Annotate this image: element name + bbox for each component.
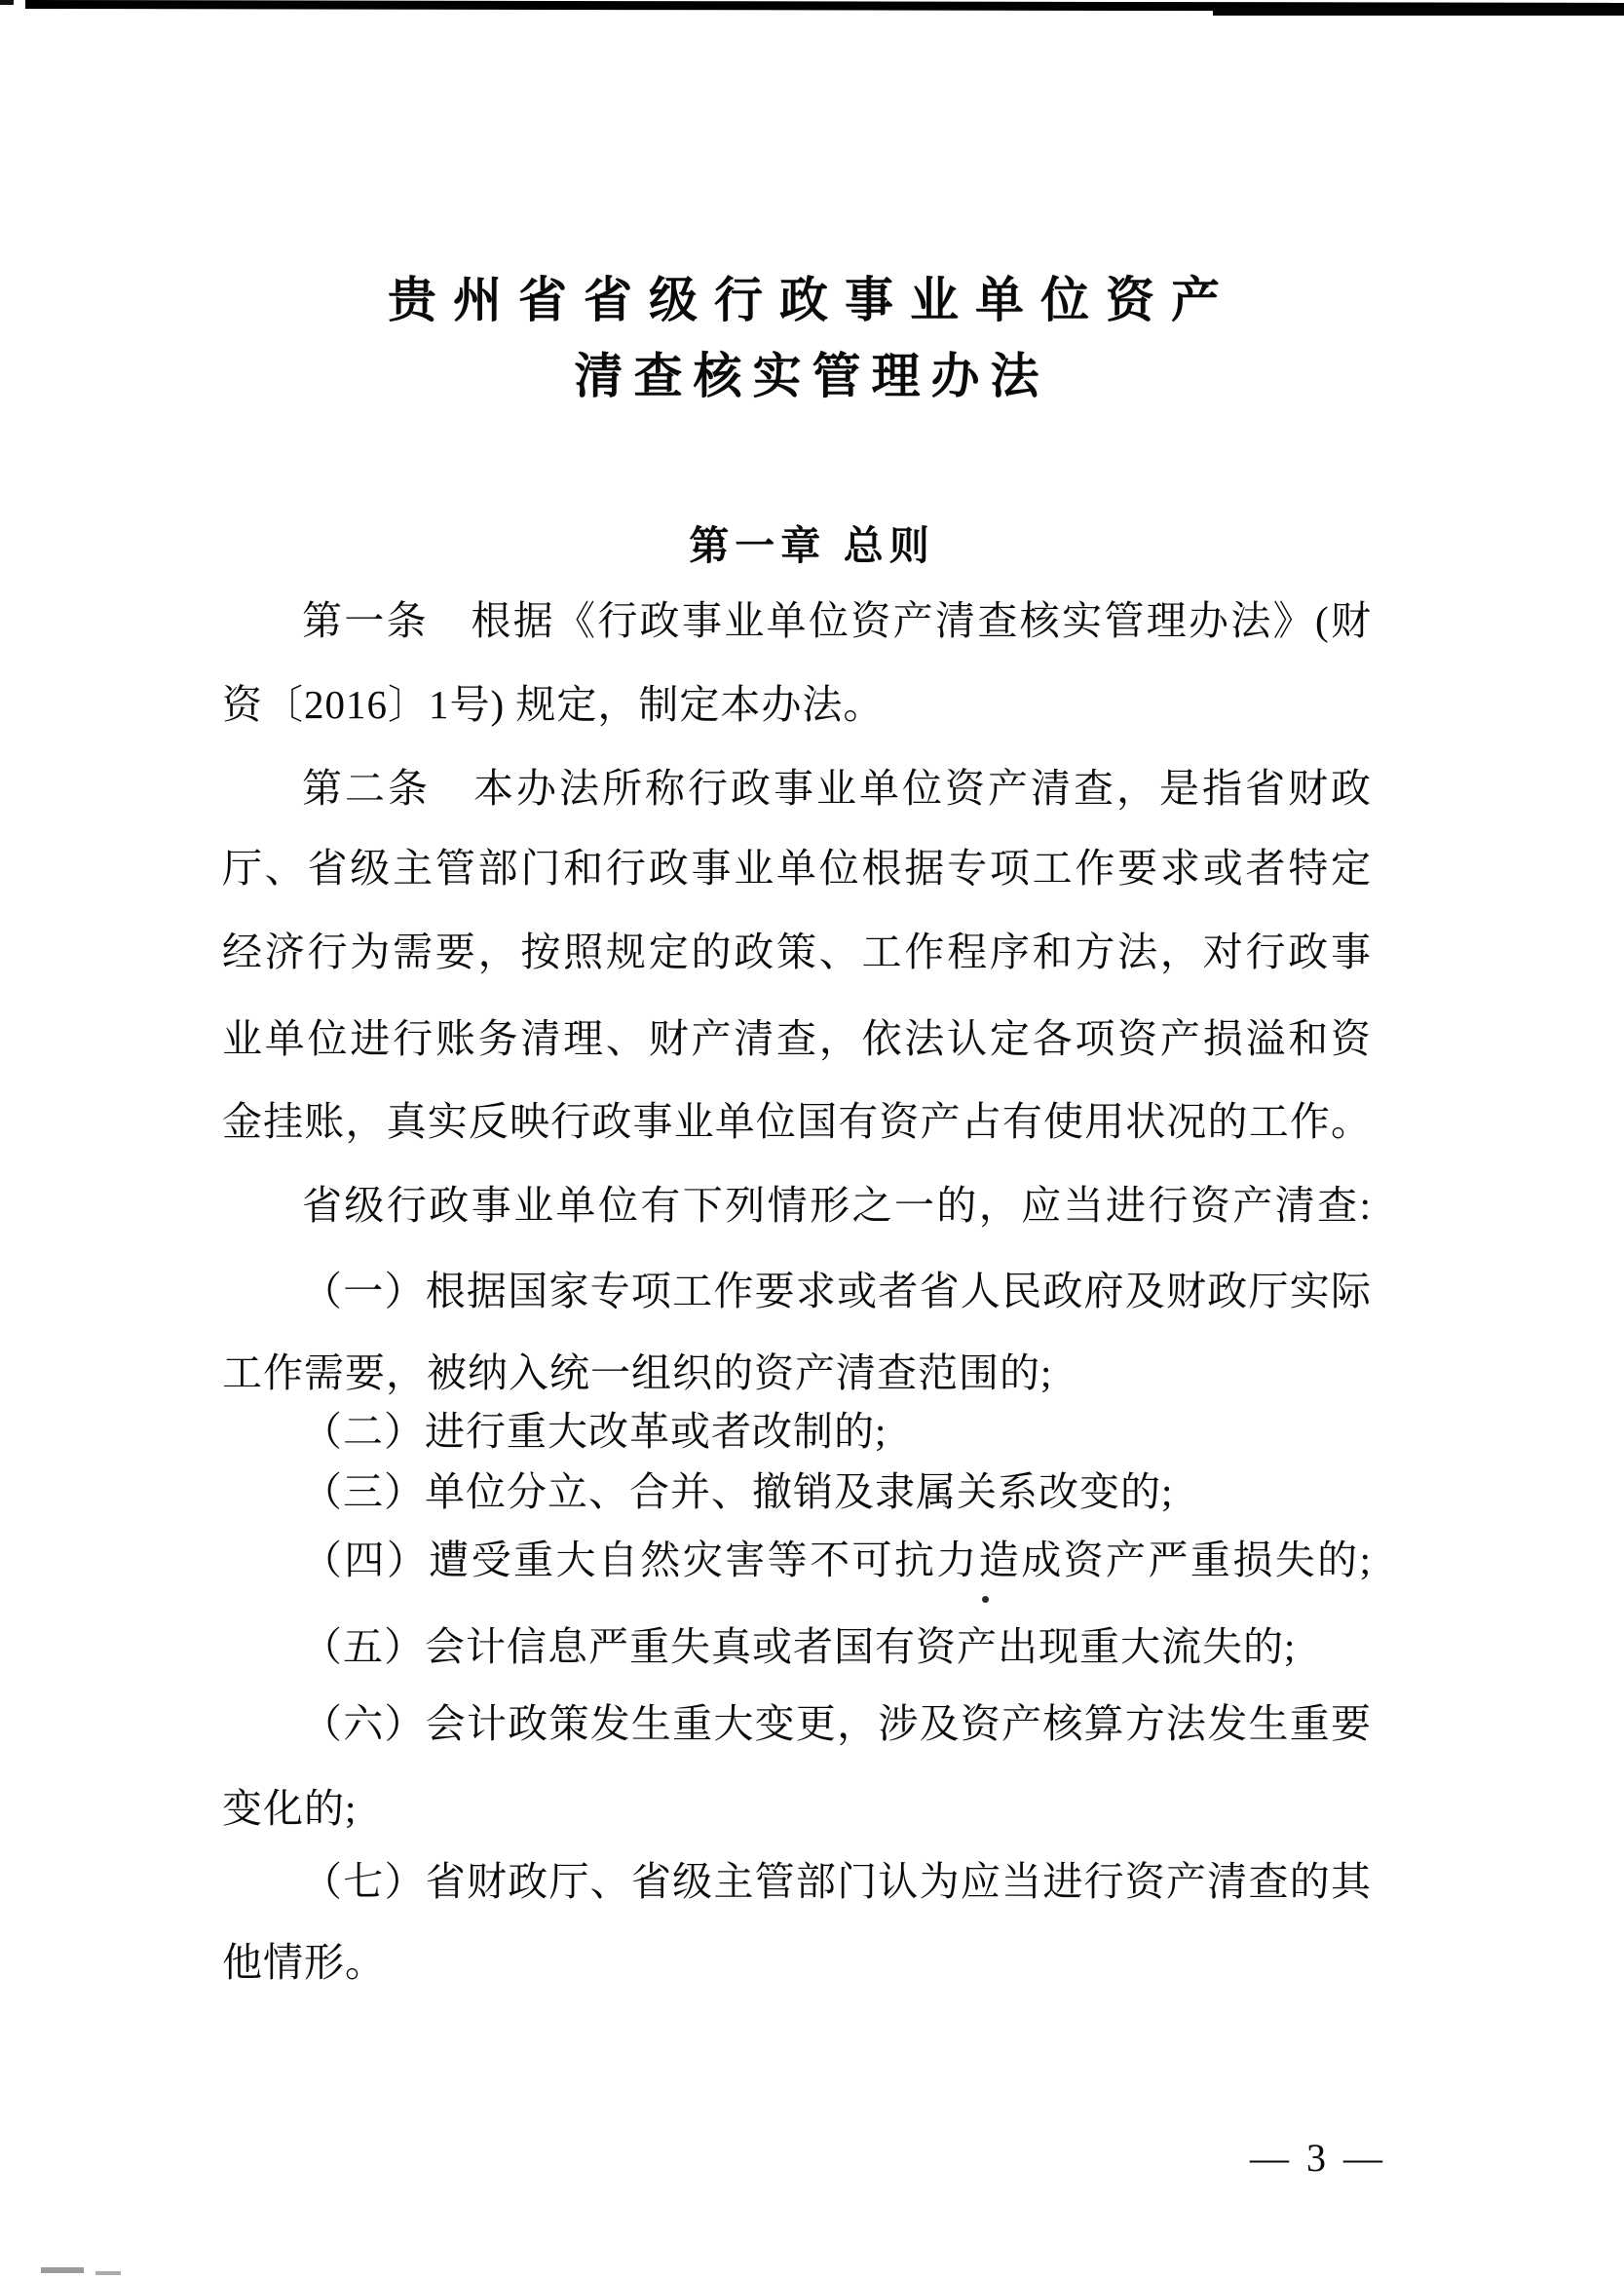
body-line: 他情形。 [222,1937,1372,1988]
body-line: 业单位进行账务清理、财产清查，依法认定各项资产损溢和资 [222,1013,1372,1064]
scan-artifact-top-speck [0,0,14,5]
scanned-document-page: 贵州省省级行政事业单位资产 清查核实管理办法 第一章 总则 第一条 根据《行政事… [0,0,1624,2279]
body-line: （二）进行重大改革或者改制的; [222,1406,1372,1457]
body-line: 第一条 根据《行政事业单位资产清查核实管理办法》(财 [222,595,1372,646]
body-line: （四）遭受重大自然灾害等不可抗力造成资产严重损失的; [222,1535,1372,1585]
body-line: 第二条 本办法所称行政事业单位资产清查，是指省财政 [222,763,1372,814]
body-line: （五）会计信息严重失真或者国有资产出现重大流失的; [222,1621,1372,1672]
body-line: （六）会计政策发生重大变更，涉及资产核算方法发生重要 [222,1698,1372,1749]
scan-artifact-bottom-left-speck [41,2267,84,2273]
page-number: — 3 — [1250,2134,1386,2183]
body-line: 工作需要，被纳入统一组织的资产清查范围的; [222,1348,1372,1398]
body-line: （一）根据国家专项工作要求或者省人民政府及财政厅实际 [222,1266,1372,1316]
body-line: 资〔2016〕1号) 规定，制定本办法。 [222,679,1372,730]
body-line: 厅、省级主管部门和行政事业单位根据专项工作要求或者特定 [222,843,1372,893]
scan-artifact-bottom-left-speck [95,2271,121,2275]
body-line: （三）单位分立、合并、撤销及隶属关系改变的; [222,1466,1372,1517]
body-line: 省级行政事业单位有下列情形之一的，应当进行资产清查: [222,1180,1372,1231]
body-line: 变化的; [222,1783,1372,1834]
document-body: 第一条 根据《行政事业单位资产清查核实管理办法》(财 资〔2016〕1号) 规定… [222,0,1372,2279]
body-line: （七）省财政厅、省级主管部门认为应当进行资产清查的其 [222,1856,1372,1907]
body-line: 经济行为需要，按照规定的政策、工作程序和方法，对行政事 [222,927,1372,977]
body-line: 金挂账，真实反映行政事业单位国有资产占有使用状况的工作。 [222,1096,1372,1147]
